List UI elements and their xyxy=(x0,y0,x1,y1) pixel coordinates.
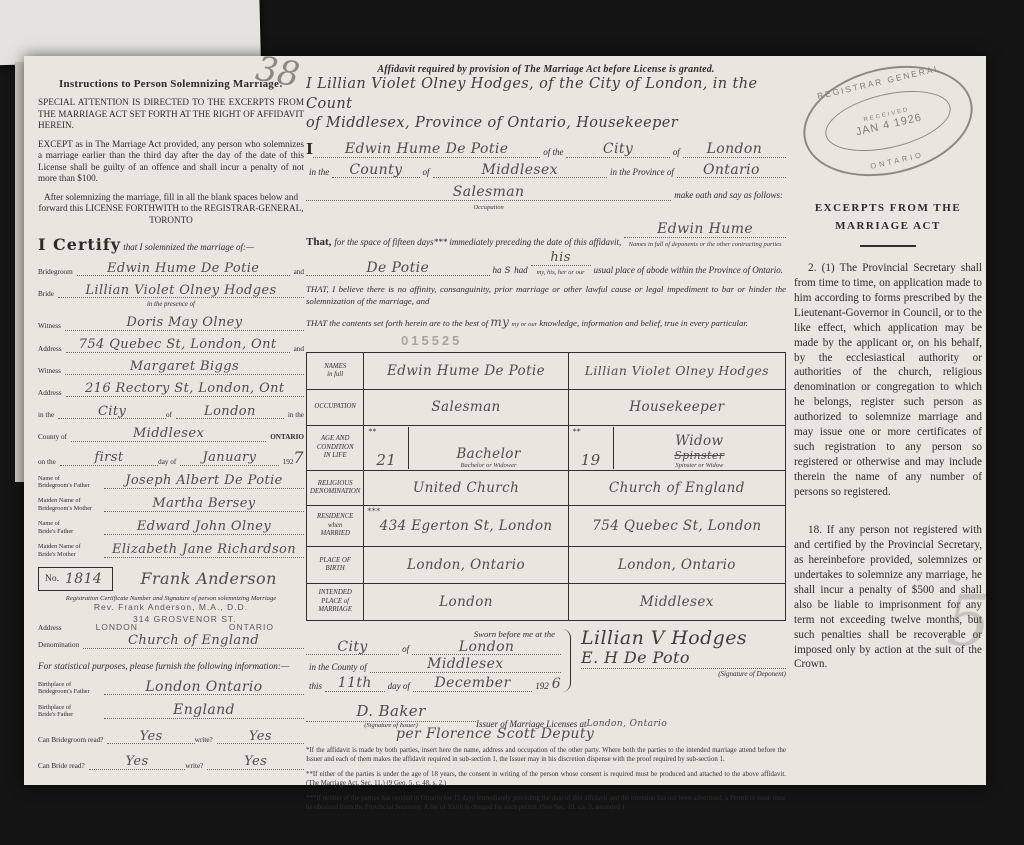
names-header: NAMESin full xyxy=(307,352,364,389)
instructions-para-3: After solemnizing the marriage, fill in … xyxy=(38,192,304,227)
deponent-name-caption: Names in full of deponents or the other … xyxy=(629,241,782,248)
names-groom: Edwin Hume De Potie xyxy=(364,352,568,389)
bride-father-label: Name ofBride's Father xyxy=(38,520,104,534)
line4-in-the: in the xyxy=(306,167,332,178)
date-day-word: first xyxy=(60,452,158,466)
county-label: County of xyxy=(38,434,71,441)
bride-condition-caption: Spinster or Widow xyxy=(614,462,785,469)
affidavit-line-3: I Edwin Hume De Potie of the City of Lon… xyxy=(306,140,786,158)
oath-text: make oath and say as follows: xyxy=(671,184,786,201)
bride-write-value: Yes xyxy=(207,756,304,770)
names-bride: Lillian Violet Olney Hodges xyxy=(568,352,785,389)
groom-mother-label: Maiden Name ofBridegroom's Mother xyxy=(38,497,104,511)
age-marker-bride: ** xyxy=(573,427,581,436)
abode-pronoun-block: his my, his, her or our xyxy=(531,250,591,276)
sworn-intro: Sworn before me at the xyxy=(306,629,561,639)
registration-number: 1814 xyxy=(65,571,102,587)
that3-post: knowledge, information and belief, true … xyxy=(539,318,748,328)
field-date: on the first day of January 192 7 xyxy=(38,450,304,466)
residence-bride: 754 Quebec St, London xyxy=(568,505,785,546)
registration-caption: Registration Certificate Number and Sign… xyxy=(38,595,304,602)
bridegroom-label: Bridegroom xyxy=(38,269,77,276)
religion-header: RELIGIOUSDENOMINATION xyxy=(307,470,364,505)
occupation-groom: Salesman xyxy=(364,389,568,425)
solemnizer-address-stamp-line2: LONDONONTARIO xyxy=(66,624,304,632)
groom-write-label: write? xyxy=(195,737,217,744)
date-mid: day of xyxy=(158,459,180,466)
bride-read-label: Can Bride read? xyxy=(38,763,89,770)
field-groom-father-birthplace: Birthplace ofBridegroom's Father London … xyxy=(38,681,304,696)
residence-groom: *** 434 Egerton St, London xyxy=(364,505,568,546)
date-year-printed: 192 xyxy=(279,459,294,466)
groom-mother-value: Martha Bersey xyxy=(104,498,304,512)
county-value: Middlesex xyxy=(71,428,266,442)
age-marker-groom: ** xyxy=(368,427,376,436)
city-value-1: City xyxy=(58,406,166,420)
sworn-day: 11th xyxy=(325,677,385,692)
affidavit-line-4: in the County of Middlesex in the Provin… xyxy=(306,164,786,179)
that-para-3: THAT the contents set forth herein are t… xyxy=(306,315,786,331)
issuer-place: London, Ontario xyxy=(587,719,668,729)
witness1-label: Witness xyxy=(38,323,65,330)
address2-value: 216 Rectory St, London, Ont xyxy=(66,383,304,397)
certify-heading: I Certify that I solemnized the marriage… xyxy=(38,235,304,254)
sworn-year-hand: 6 xyxy=(552,676,561,692)
occupation-bride: Housekeeper xyxy=(568,389,785,425)
sworn-city-line: City of London xyxy=(306,641,561,656)
field-denomination: Denomination Church of England xyxy=(38,635,304,649)
affidavit-column: Affidavit required by provision of The M… xyxy=(306,64,786,813)
occupation-value: Salesman xyxy=(306,184,671,201)
field-address-2: Address 216 Rectory St, London, Ont xyxy=(38,383,304,397)
field-witness-2: Witness Margaret Biggs xyxy=(38,361,304,375)
serial-number-stamp: 015525 xyxy=(401,333,786,348)
field-bridegroom: Bridegroom Edwin Hume De Potie and xyxy=(38,263,304,277)
field-groom-literacy: Can Bridegroom read? Yes write? Yes xyxy=(38,731,304,745)
field-bride-father: Name ofBride's Father Edward John Olney xyxy=(38,520,304,534)
sworn-county-label: in the County of xyxy=(306,662,370,673)
birthplace-bride: London, Ontario xyxy=(568,546,785,583)
intended-place-header: INTENDEDPLACE ofMARRIAGE xyxy=(307,583,364,620)
excerpts-title-line1: EXCERPTS FROM THE xyxy=(815,202,961,214)
issuer-per-deputy: per Florence Scott Deputy xyxy=(396,727,786,741)
sworn-date-line: this 11th day of December 192 6 xyxy=(306,676,561,692)
registration-number-box: No. 1814 xyxy=(38,567,113,591)
affidavit-line-5: Salesman Occupation make oath and say as… xyxy=(306,184,786,211)
sworn-city-word: City xyxy=(306,641,399,656)
groom-age: 21 xyxy=(376,451,396,469)
deponent-signature-caption: (Signature of Deponent) xyxy=(581,668,786,678)
solemnizer-address-label: Address xyxy=(38,625,66,632)
deponent-surname: De Potie xyxy=(306,262,490,277)
sworn-this: this xyxy=(306,681,325,692)
date-year-hand: 7 xyxy=(293,450,304,466)
bride-father-value: Edward John Olney xyxy=(104,521,304,535)
issuer-signature: D. Baker xyxy=(356,702,425,720)
that3-hand: my xyxy=(490,315,509,329)
city-mid: of xyxy=(166,412,176,419)
statistics-intro: For statistical purposes, please furnish… xyxy=(38,661,304,673)
line4-province-value: Ontario xyxy=(677,164,786,179)
certify-rest: that I solemnized the marriage of:— xyxy=(123,242,254,252)
certify-word: I Certify xyxy=(38,235,121,254)
age-header: AGE ANDCONDITIONIN LIFE xyxy=(307,425,364,470)
instructions-column: Instructions to Person Solemnizing Marri… xyxy=(38,78,304,770)
excerpts-title: EXCERPTS FROM THE MARRIAGE ACT xyxy=(794,200,982,235)
birthplace-header: PLACE OFBIRTH xyxy=(307,546,364,583)
abode-text: usual place of abode within the Province… xyxy=(591,265,786,276)
that-line-2: De Potie ha s had his my, his, her or ou… xyxy=(306,250,786,276)
bride-age: 19 xyxy=(581,451,601,469)
groom-write-value: Yes xyxy=(217,731,304,745)
embossed-margin-mark: 5 xyxy=(946,580,991,662)
religion-groom: United Church xyxy=(364,470,568,505)
excerpts-divider xyxy=(860,245,916,247)
groom-read-value: Yes xyxy=(107,731,194,745)
sworn-county-line: in the County of Middlesex xyxy=(306,658,561,673)
line4-county-word: County xyxy=(332,164,419,179)
groom-father-value: Joseph Albert De Potie xyxy=(104,475,304,489)
groom-condition-block: Bachelor Bachelor or Widower xyxy=(409,427,567,469)
bride-condition-struck: Spinster xyxy=(614,449,785,462)
denomination-value: Church of England xyxy=(83,635,304,649)
residence-marker: *** xyxy=(367,507,380,516)
that-para-2: THAT, I believe there is no affinity, co… xyxy=(306,284,786,307)
groom-condition-caption: Bachelor or Widower xyxy=(409,462,567,469)
abode-pronoun-caption: my, his, her or our xyxy=(537,269,585,276)
issuer-section: D. Baker (Signature of Issuer) Issuer of… xyxy=(306,702,786,729)
city-value-2: London xyxy=(176,406,284,420)
footnote-1: *If the affidavit is made by both partie… xyxy=(306,747,786,765)
county-province: ONTARIO xyxy=(266,434,304,441)
that3-pre: THAT the contents set forth herein are t… xyxy=(306,318,488,328)
sworn-section: Sworn before me at the City of London in… xyxy=(306,629,786,692)
excerpts-title-line2: MARRIAGE ACT xyxy=(835,220,941,232)
line3-place: London xyxy=(683,143,786,158)
line4-of: of xyxy=(420,167,433,178)
registration-number-row: No. 1814 Frank Anderson xyxy=(38,567,304,591)
occupation-caption: Occupation xyxy=(473,204,503,211)
field-solemnizer-address: Address 314 GROSVENOR ST. LONDONONTARIO xyxy=(38,616,304,632)
reverend-name-stamp: Rev. Frank Anderson, M.A., D.D. xyxy=(38,602,304,612)
bride-write-label: write? xyxy=(185,763,207,770)
abode-pronoun: his xyxy=(531,250,591,266)
registrar-general-stamp: REGISTRAR GENERAL RECEIVED JAN 4 1926 ON… xyxy=(792,50,983,192)
witness2-value: Margaret Biggs xyxy=(65,361,304,375)
bride-mother-label: Maiden Name ofBride's Mother xyxy=(38,543,104,557)
field-bride-father-birthplace: Birthplace ofBride's Father England xyxy=(38,704,304,719)
birthplace-groom: London, Ontario xyxy=(364,546,568,583)
bride-condition-block: Widow Spinster Spinster or Widow xyxy=(614,427,785,469)
footnote-3: ***If neither of the parties has resided… xyxy=(306,795,786,813)
solemnizer-signature: Frank Anderson xyxy=(113,569,304,588)
footnote-2: **If either of the parties is under the … xyxy=(306,771,786,789)
that3-caption: my or our xyxy=(512,321,538,328)
bridegroom-value: Edwin Hume De Potie xyxy=(77,263,290,277)
excerpt-section-2: 2. (1) The Provincial Secretary shall fr… xyxy=(794,261,982,499)
table-row-intended-place: INTENDEDPLACE ofMARRIAGE London Middlese… xyxy=(307,583,786,620)
sworn-day-of: day of xyxy=(385,681,413,692)
groom-condition: Bachelor xyxy=(409,446,567,462)
field-address-1: Address 754 Quebec St, London, Ont and xyxy=(38,339,304,353)
field-bride-mother: Maiden Name ofBride's Mother Elizabeth J… xyxy=(38,543,304,557)
field-county: County of Middlesex ONTARIO xyxy=(38,428,304,442)
sworn-left: Sworn before me at the City of London in… xyxy=(306,629,561,692)
date-month: January xyxy=(180,452,278,466)
field-groom-father: Name ofBridegroom's Father Joseph Albert… xyxy=(38,475,304,489)
license-form-page: Instructions to Person Solemnizing Marri… xyxy=(24,56,986,785)
city-label: in the xyxy=(38,412,58,419)
solemnizer-address-stamp: 314 GROSVENOR ST. LONDONONTARIO xyxy=(66,616,304,632)
sworn-city-value: London xyxy=(412,641,561,656)
instructions-para-1: SPECIAL ATTENTION IS DIRECTED TO THE EXC… xyxy=(38,97,304,132)
instructions-para-2: EXCEPT as in The Marriage Act provided, … xyxy=(38,139,304,185)
address2-label: Address xyxy=(38,390,66,397)
bride-value: Lillian Violet Olney Hodges xyxy=(58,285,304,299)
table-row-religion: RELIGIOUSDENOMINATION United Church Chur… xyxy=(307,470,786,505)
line4-county-name: Middlesex xyxy=(433,164,608,179)
line3-name: Edwin Hume De Potie xyxy=(313,143,540,158)
sworn-brace xyxy=(561,629,571,692)
bride-mother-value: Elizabeth Jane Richardson xyxy=(104,544,304,558)
affidavit-title: Affidavit required by provision of The M… xyxy=(306,64,786,75)
address1-value: 754 Quebec St, London, Ont xyxy=(66,339,290,353)
residence-header: RESIDENCEwhenMARRIED xyxy=(307,505,364,546)
occupation-header: OCCUPATION xyxy=(307,389,364,425)
line3-initial: I xyxy=(306,140,313,158)
table-row-age: AGE ANDCONDITIONIN LIFE ** 21 Bachelor B… xyxy=(307,425,786,470)
date-label: on the xyxy=(38,459,60,466)
sworn-of: of xyxy=(399,644,412,655)
table-row-occupation: OCCUPATION Salesman Housekeeper xyxy=(307,389,786,425)
field-groom-mother: Maiden Name ofBridegroom's Mother Martha… xyxy=(38,497,304,511)
deponent-name-block: Edwin Hume Names in full of deponents or… xyxy=(624,221,786,248)
that-line-1: That, for the space of fifteen days*** i… xyxy=(306,221,786,248)
bride-father-birthplace-value: England xyxy=(104,704,304,719)
deponent-first-names: Edwin Hume xyxy=(624,221,786,238)
handwritten-page-number: 38 xyxy=(253,49,303,96)
table-row-birthplace: PLACE OFBIRTH London, Ontario London, On… xyxy=(307,546,786,583)
witness2-label: Witness xyxy=(38,368,65,375)
groom-father-birthplace-label: Birthplace ofBridegroom's Father xyxy=(38,681,104,695)
ha-printed: ha xyxy=(490,265,505,276)
table-row-residence: RESIDENCEwhenMARRIED *** 434 Egerton St,… xyxy=(307,505,786,546)
deponent-signature-2: E. H De Poto xyxy=(581,648,786,667)
occupation-block: Salesman Occupation xyxy=(306,184,671,211)
address1-label: Address xyxy=(38,346,66,353)
sworn-month: December xyxy=(413,677,532,692)
field-witness-1: Witness Doris May Olney xyxy=(38,317,304,331)
religion-bride: Church of England xyxy=(568,470,785,505)
affidavit-hand-line-1: I Lillian Violet Olney Hodges, of the Ci… xyxy=(306,75,786,114)
no-label: No. xyxy=(45,574,59,584)
sworn-county-value: Middlesex xyxy=(370,658,561,673)
line3-of: of xyxy=(670,147,683,158)
field-bride: Bride Lillian Violet Olney Hodges xyxy=(38,285,304,299)
groom-read-label: Can Bridegroom read? xyxy=(38,737,107,744)
issuer-signature-block: D. Baker (Signature of Issuer) xyxy=(306,702,476,729)
intended-place-bride: Middlesex xyxy=(568,583,785,620)
had-printed: had xyxy=(511,265,531,276)
bride-father-birthplace-label: Birthplace ofBride's Father xyxy=(38,704,104,718)
intended-place-groom: London xyxy=(364,583,568,620)
deponent-signature-1: Lillian V Hodges xyxy=(581,629,786,648)
groom-father-label: Name ofBridegroom's Father xyxy=(38,475,104,489)
particulars-table: NAMESin full Edwin Hume De Potie Lillian… xyxy=(306,352,786,621)
sworn-year-printed: 192 xyxy=(532,681,552,692)
bridegroom-suffix: and xyxy=(290,269,304,276)
witness1-value: Doris May Olney xyxy=(65,317,304,331)
city-suffix: in the xyxy=(284,412,304,419)
groom-age-block: ** 21 xyxy=(364,427,409,469)
bride-condition: Widow xyxy=(614,433,785,449)
presence-caption: in the presence of xyxy=(38,301,304,308)
field-bride-literacy: Can Bride read? Yes write? Yes xyxy=(38,756,304,770)
affidavit-hand-line-2: of Middlesex, Province of Ontario, House… xyxy=(306,114,786,134)
table-row-names: NAMESin full Edwin Hume De Potie Lillian… xyxy=(307,352,786,389)
address1-suffix: and xyxy=(290,346,304,353)
bride-age-block: ** 19 xyxy=(569,427,614,469)
age-groom-cell: ** 21 Bachelor Bachelor or Widower xyxy=(364,425,568,470)
bride-label: Bride xyxy=(38,291,58,298)
that-word: That, xyxy=(306,236,331,248)
bride-read-value: Yes xyxy=(89,756,186,770)
groom-father-birthplace-value: London Ontario xyxy=(104,681,304,696)
line3-of-the: of the xyxy=(540,147,566,158)
sworn-signatures: Lillian V Hodges E. H De Poto (Signature… xyxy=(581,629,786,692)
field-city: in the City of London in the xyxy=(38,406,304,420)
scanned-marriage-license: Instructions to Person Solemnizing Marri… xyxy=(0,0,1024,845)
line3-city: City xyxy=(566,143,669,158)
age-bride-cell: ** 19 Widow Spinster Spinster or Widow xyxy=(568,425,785,470)
denomination-label: Denomination xyxy=(38,642,83,649)
line4-province-label: in the Province of xyxy=(607,167,677,178)
that-text: for the space of fifteen days*** immedia… xyxy=(331,237,624,248)
